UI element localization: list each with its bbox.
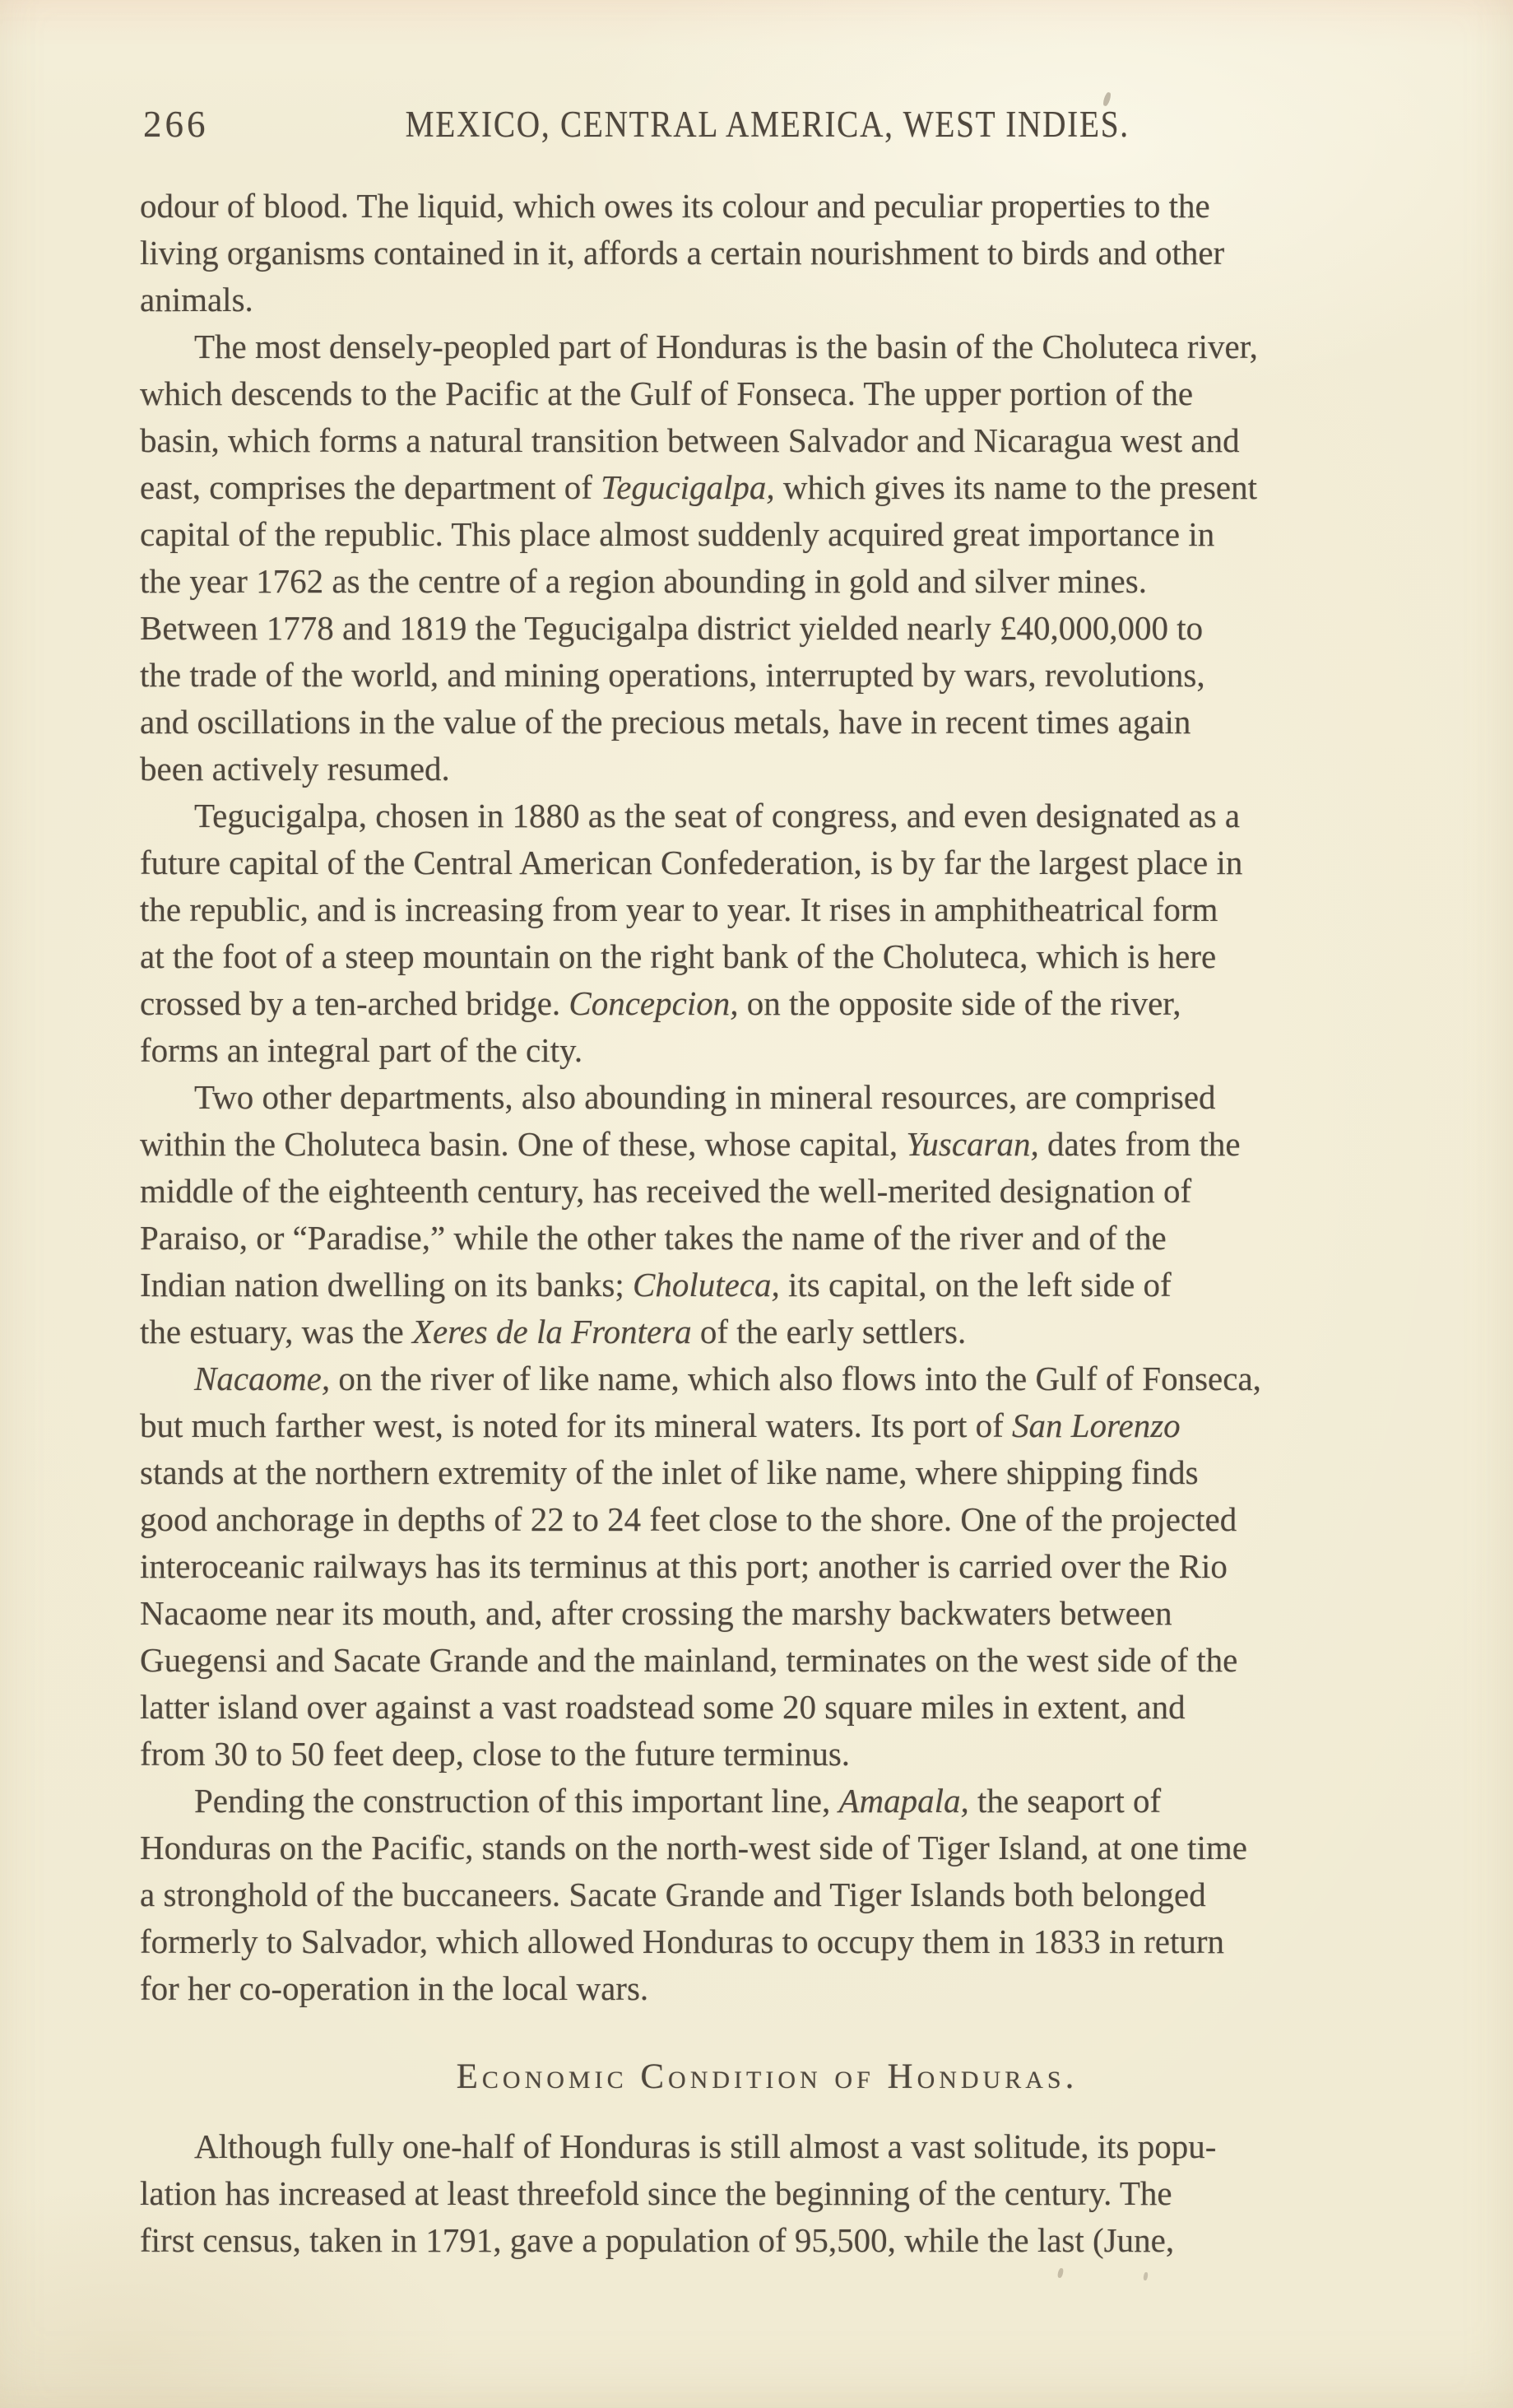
section-heading: Economic Condition of Honduras. [140,2053,1395,2100]
paragraph: Although fully one-half of Honduras is s… [140,2123,1395,2264]
text-line: crossed by a ten-arched bridge. Concepci… [140,980,1395,1027]
page-body: odour of blood. The liquid, which owes i… [140,183,1395,2264]
running-head: 266 MEXICO, CENTRAL AMERICA, WEST INDIES… [140,102,1395,146]
paragraph: Two other departments, also abounding in… [140,1074,1395,1355]
text-line: Guegensi and Sacate Grande and the mainl… [140,1637,1395,1684]
book-page: 266 MEXICO, CENTRAL AMERICA, WEST INDIES… [0,0,1513,2408]
page-number: 266 [143,104,209,145]
text-line: the trade of the world, and mining opera… [140,652,1395,699]
ink-speck [1057,2267,1065,2278]
text-line: latter island over against a vast roadst… [140,1684,1395,1731]
text-line: the year 1762 as the centre of a region … [140,558,1395,605]
text-line: Two other departments, also abounding in… [140,1074,1395,1121]
text-line: Paraiso, or “Paradise,” while the other … [140,1215,1395,1262]
text-line: Indian nation dwelling on its banks; Cho… [140,1262,1395,1309]
text-line: lation has increased at least threefold … [140,2170,1395,2217]
text-line: good anchorage in depths of 22 to 24 fee… [140,1496,1395,1543]
text-line: Pending the construction of this importa… [140,1778,1395,1825]
text-line: formerly to Salvador, which allowed Hond… [140,1918,1395,1965]
text-line: animals. [140,277,1395,323]
ink-speck [1143,2272,1149,2281]
text-line: east, comprises the department of Teguci… [140,464,1395,511]
text-line: Nacaome, on the river of like name, whic… [140,1355,1395,1402]
text-line: the estuary, was the Xeres de la Fronter… [140,1309,1395,1355]
text-line: a stronghold of the buccaneers. Sacate G… [140,1871,1395,1918]
text-line: forms an integral part of the city. [140,1027,1395,1074]
text-line: the republic, and is increasing from yea… [140,886,1395,933]
text-line: Honduras on the Pacific, stands on the n… [140,1825,1395,1871]
running-title: MEXICO, CENTRAL AMERICA, WEST INDIES. [405,104,1129,145]
text-line: interoceanic railways has its terminus a… [140,1543,1395,1590]
text-line: The most densely-peopled part of Hondura… [140,323,1395,370]
text-line: but much farther west, is noted for its … [140,1402,1395,1449]
text-line: Between 1778 and 1819 the Tegucigalpa di… [140,605,1395,652]
text-line: for her co-operation in the local wars. [140,1965,1395,2012]
paragraph: Nacaome, on the river of like name, whic… [140,1355,1395,1778]
paragraph: Pending the construction of this importa… [140,1778,1395,2012]
text-line: within the Choluteca basin. One of these… [140,1121,1395,1168]
text-line: at the foot of a steep mountain on the r… [140,933,1395,980]
text-line: Although fully one-half of Honduras is s… [140,2123,1395,2170]
text-line: from 30 to 50 feet deep, close to the fu… [140,1731,1395,1778]
text-line: been actively resumed. [140,746,1395,793]
text-line: Nacaome near its mouth, and, after cross… [140,1590,1395,1637]
running-title-wrap: MEXICO, CENTRAL AMERICA, WEST INDIES. [140,102,1395,145]
text-line: and oscillations in the value of the pre… [140,699,1395,746]
text-line: middle of the eighteenth century, has re… [140,1168,1395,1215]
text-line: capital of the republic. This place almo… [140,511,1395,558]
body-text-lower: Although fully one-half of Honduras is s… [140,2123,1395,2264]
text-line: living organisms contained in it, afford… [140,230,1395,277]
body-text-upper: odour of blood. The liquid, which owes i… [140,183,1395,2012]
paragraph: The most densely-peopled part of Hondura… [140,323,1395,793]
text-line: future capital of the Central American C… [140,839,1395,886]
text-line: basin, which forms a natural transition … [140,417,1395,464]
text-line: Tegucigalpa, chosen in 1880 as the seat … [140,793,1395,839]
text-line: which descends to the Pacific at the Gul… [140,370,1395,417]
text-line: first census, taken in 1791, gave a popu… [140,2217,1395,2264]
text-line: stands at the northern extremity of the … [140,1449,1395,1496]
paragraph: Tegucigalpa, chosen in 1880 as the seat … [140,793,1395,1074]
text-line: odour of blood. The liquid, which owes i… [140,183,1395,230]
paragraph: odour of blood. The liquid, which owes i… [140,183,1395,323]
